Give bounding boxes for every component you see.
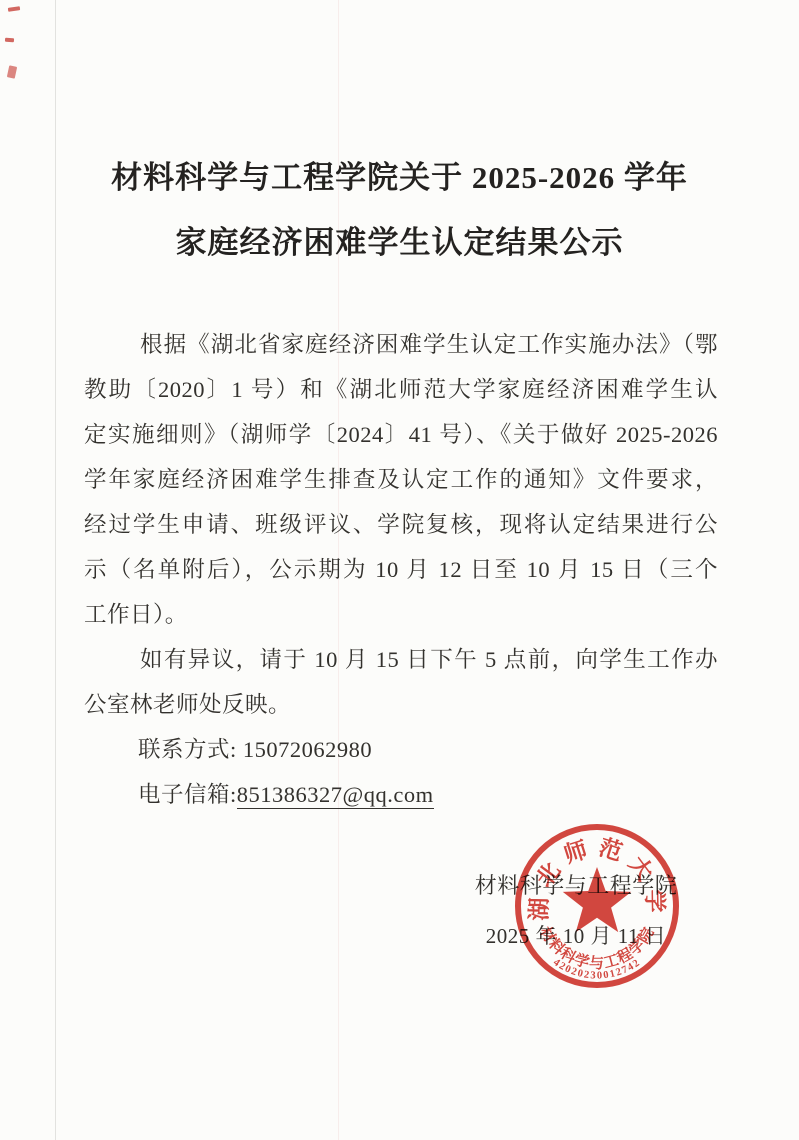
paragraph1-line: 经过学生申请、班级评议、学院复核，现将认定结果进行公 — [84, 502, 718, 547]
email-address: 851386327@qq.com — [237, 782, 434, 809]
official-seal-stamp: 湖北师范大学 材料科学与工程学院 42020230012742 — [487, 796, 707, 1016]
contact-label: 联系方式: — [138, 737, 243, 762]
red-scan-mark — [7, 65, 17, 78]
notice-title-line2: 家庭经济困难学生认定结果公示 — [0, 217, 799, 262]
paragraph1-line: 工作日）。 — [84, 592, 718, 637]
paragraph1-line: 定实施细则》（湖师学〔2024〕41 号）、《关于做好 2025-2026 — [84, 412, 718, 457]
paragraph1-line: 根据《湖北省家庭经济困难学生认定工作实施办法》（鄂 — [84, 322, 718, 367]
scanned-notice-page: 材料科学与工程学院关于 2025-2026 学年 家庭经济困难学生认定结果公示 … — [0, 0, 799, 1140]
email-label: 电子信箱: — [138, 782, 237, 807]
notice-body: 根据《湖北省家庭经济困难学生认定工作实施办法》（鄂 教助〔2020〕1 号）和《… — [84, 322, 718, 817]
paragraph1-line: 示（名单附后），公示期为 10 月 12 日至 10 月 15 日（三个 — [84, 547, 718, 592]
paragraph1-line: 学年家庭经济困难学生排查及认定工作的通知》文件要求， — [84, 457, 718, 502]
paragraph2-line: 如有异议，请于 10 月 15 日下午 5 点前，向学生工作办 — [84, 637, 718, 682]
paragraph1-line: 教助〔2020〕1 号）和《湖北师范大学家庭经济困难学生认 — [84, 367, 718, 412]
red-scan-mark — [8, 6, 20, 12]
red-scan-mark — [5, 38, 14, 43]
paragraph2-line: 公室林老师处反映。 — [84, 682, 718, 727]
notice-title-line1: 材料科学与工程学院关于 2025-2026 学年 — [0, 152, 799, 197]
contact-phone: 15072062980 — [243, 737, 372, 762]
contact-line: 联系方式: 15072062980 — [84, 727, 718, 772]
seal-star-icon — [563, 867, 631, 932]
